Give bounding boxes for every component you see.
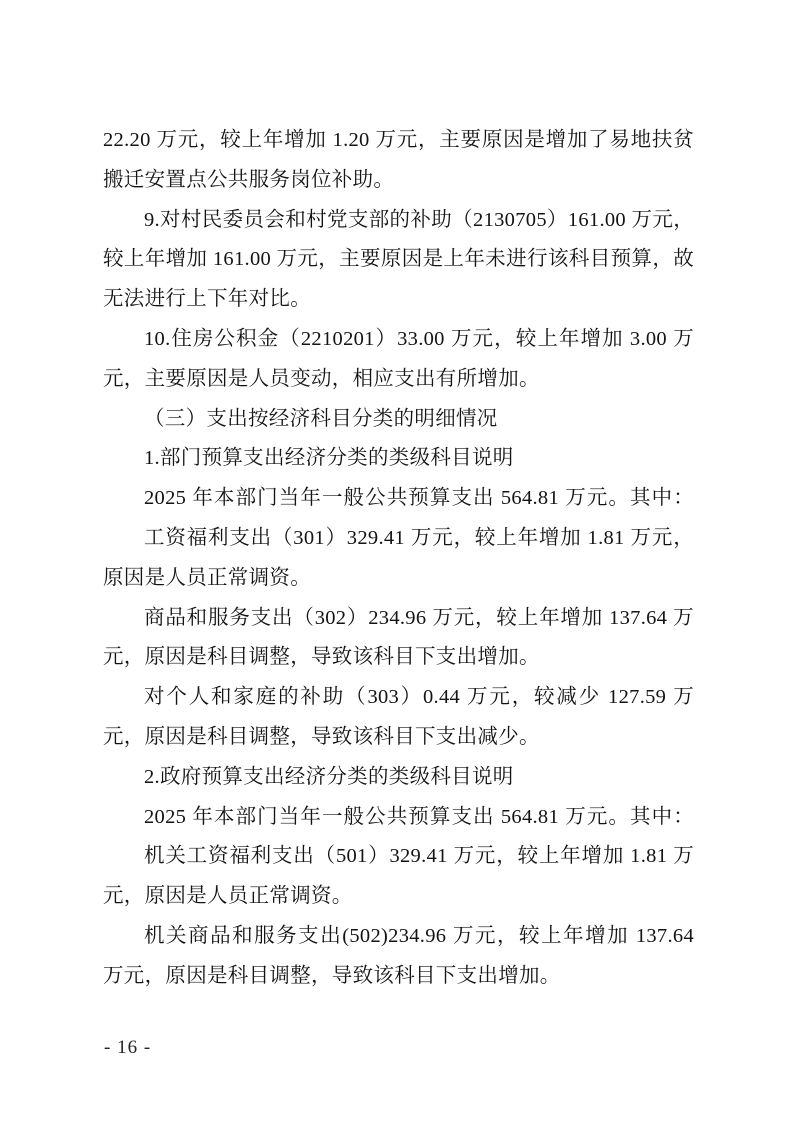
subsection-1-heading: 1.部门预算支出经济分类的类级科目说明 [103,439,694,479]
wage-welfare-301-paragraph: 工资福利支出（301）329.41 万元，较上年增加 1.81 万元，原因是人员… [103,519,694,599]
individual-family-303-paragraph: 对个人和家庭的补助（303）0.44 万元，较减少 127.59 万元，原因是科… [103,678,694,758]
document-page: 22.20 万元，较上年增加 1.20 万元，主要原因是增加了易地扶贫搬迁安置点… [0,0,793,1122]
document-body: 22.20 万元，较上年增加 1.20 万元，主要原因是增加了易地扶贫搬迁安置点… [103,121,694,997]
budget-total-paragraph-1: 2025 年本部门当年一般公共预算支出 564.81 万元。其中： [103,479,694,519]
budget-total-paragraph-2: 2025 年本部门当年一般公共预算支出 564.81 万元。其中： [103,798,694,838]
agency-wage-501-paragraph: 机关工资福利支出（501）329.41 万元，较上年增加 1.81 万元，原因是… [103,837,694,917]
goods-services-302-paragraph: 商品和服务支出（302）234.96 万元，较上年增加 137.64 万元，原因… [103,599,694,679]
continuation-paragraph: 22.20 万元，较上年增加 1.20 万元，主要原因是增加了易地扶贫搬迁安置点… [103,121,694,201]
subsection-2-heading: 2.政府预算支出经济分类的类级科目说明 [103,758,694,798]
item-9-village-committee-paragraph: 9.对村民委员会和村党支部的补助（2130705）161.00 万元，较上年增加… [103,201,694,320]
section-3-heading: （三）支出按经济科目分类的明细情况 [103,400,694,440]
agency-goods-502-paragraph: 机关商品和服务支出(502)234.96 万元，较上年增加 137.64 万元，… [103,917,694,997]
page-number: - 16 - [104,1035,151,1061]
item-10-housing-fund-paragraph: 10.住房公积金（2210201）33.00 万元，较上年增加 3.00 万元，… [103,320,694,400]
